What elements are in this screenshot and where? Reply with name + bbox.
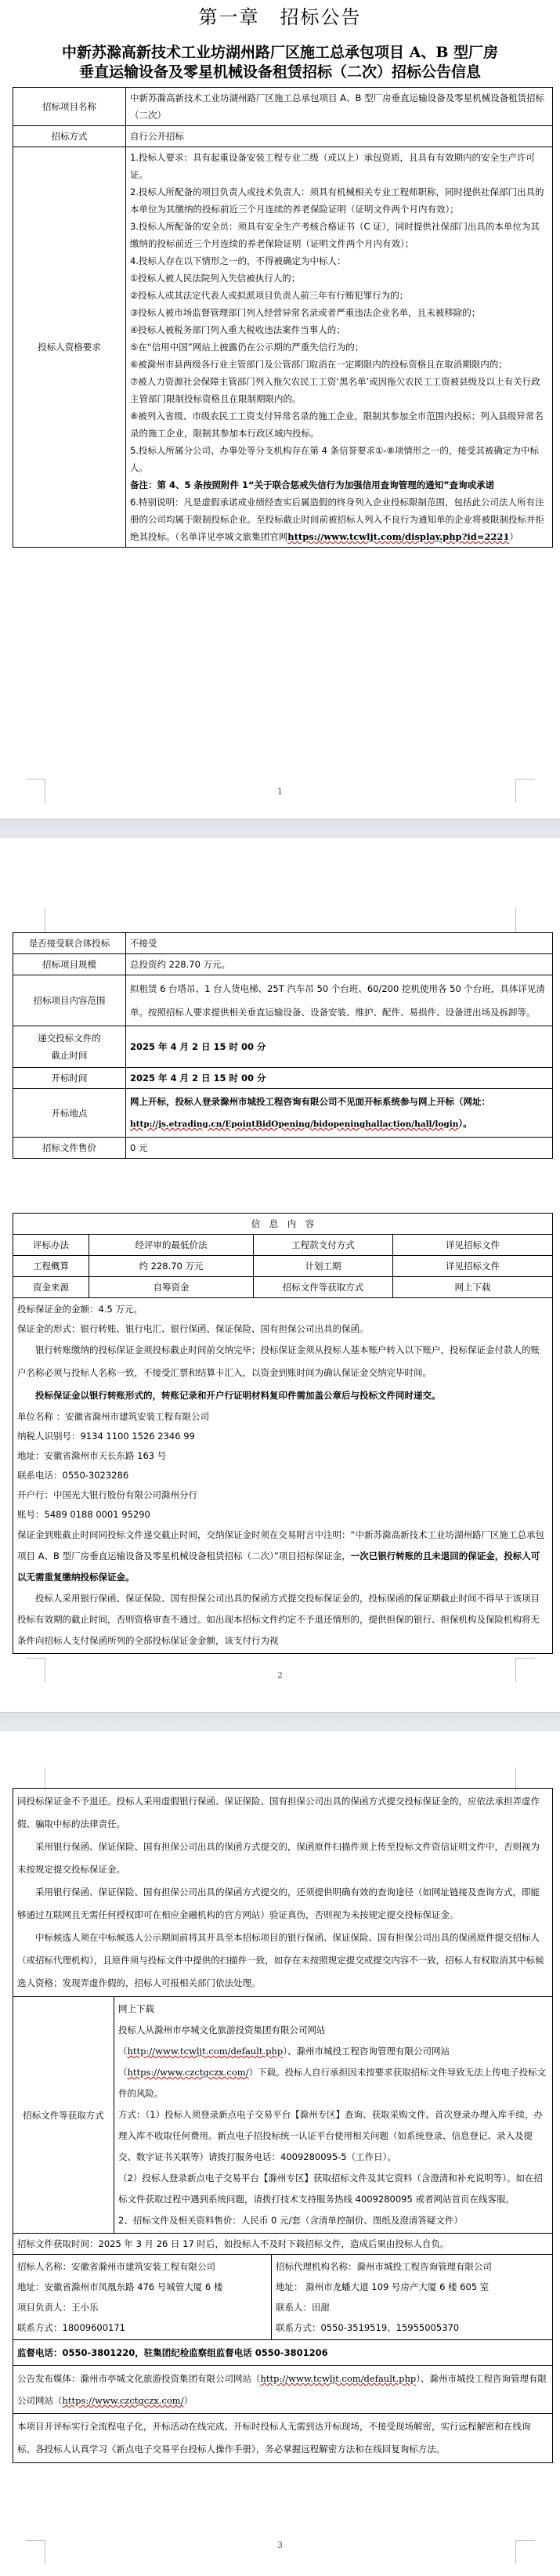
grid-cell: 约 228.70 万元: [89, 1256, 254, 1277]
final-note: 本项目开评标实行全流程电子化，开标活动在线完成。开标时投标人无需到达开标现场，不…: [13, 2414, 553, 2463]
qualification-item: ④投标人被税务部门列入重大税收违法案件当事人的；: [130, 321, 548, 338]
row-label: 投标人资格要求: [13, 147, 126, 548]
table-row: 是否接受联合体投标 不接受: [13, 933, 553, 954]
table-row: 开标地点 网上开标，投标人登录滁州市城投工程咨询有限公司不见面开标系统参与网上开…: [13, 1089, 553, 1138]
agency-address: 地址： 滁州市龙蟠大道 109 号房产大厦 6 楼 605 室: [276, 2277, 548, 2297]
obtain-time-row: 招标文件获取时间：2025 年 3 月 26 日 17 时后，如投标人不及时下载…: [13, 2234, 553, 2255]
grid-cell: 工程概算: [13, 1256, 89, 1277]
info-content-header: 信 息 内 容: [13, 1214, 553, 1235]
paragraph: 中标候选人须在中标候选人公示期间前将其开具至本招标项目的银行保函、保证保险、国有…: [17, 1927, 548, 1995]
paragraph: 采用银行保函、保证保险、国有担保公司出具的保函方式提交的，还须提供明确有效的查询…: [17, 1881, 548, 1927]
blacklist-link[interactable]: https://www.tcwljt.com/display.php?id=22…: [287, 531, 509, 542]
grid-cell: 评标办法: [13, 1235, 89, 1256]
announcement-title-line1: 中新苏滁高新技术工业坊湖州路厂区施工总承包项目 A、B 型厂房: [0, 43, 560, 63]
special-statement: 6.特别说明：凡是虚假承诺或业绩经查实后属造假的终身列入企业投标限制范围，包括此…: [130, 494, 548, 545]
info-content-table: 信 息 内 容 评标办法 经评审的最低价法 工程款支付方式 详见招标文件 工程概…: [13, 1213, 553, 1654]
deposit-forms: 保证金的形式：银行转账、银行电汇、银行保函、保证保险、国有担保公司出具的保函。: [17, 1319, 548, 1339]
announcement-title-line2: 垂直运输设备及零星机械设备租赁招标（二次）招标公告信息: [0, 63, 560, 82]
obtain-time: 招标文件获取时间：2025 年 3 月 26 日 17 时后，如投标人不及时下载…: [13, 2234, 553, 2255]
media-link-1[interactable]: http://www.tcwljt.com/default.php: [261, 2373, 417, 2384]
grid-cell: 计划工期: [254, 1256, 393, 1277]
deposit-amount: 投标保证金的金额：4.5 万元。: [17, 1300, 548, 1319]
deposit-deadline-note: 保证金到账截止时间同投标文件递交截止时间，交纳保证金时须在交易附言中注明：“中新…: [17, 1525, 548, 1588]
account-number: 账号：5489 0188 0001 95290: [17, 1505, 548, 1525]
tenderer-address: 地址：安徽省滁州市凤凰东路 476 号城管大厦 6 楼: [17, 2277, 267, 2297]
download-sources: （http://www.tcwljt.com/default.php）、滁州市城…: [118, 2041, 548, 2104]
agency-name: 招标代理机构名称：滁州市城投工程咨询管理有限公司: [276, 2256, 548, 2277]
row-value: 中新苏滁高新技术工业坊湖州路厂区施工总承包项目 A、B 型厂房垂直运输设备及零星…: [126, 88, 553, 126]
bid-info-table-page3: 同投标保证金不予退还。投标人采用虚假银行保函、保证保险、国有担保公司出具的保函方…: [13, 1788, 553, 2463]
row-label: 开标地点: [13, 1089, 126, 1138]
qualification-list: 1.投标人要求：具有起重设备安装工程专业二级（或以上）承包资质，且具有有效期内的…: [126, 147, 553, 548]
qualification-item: 1.投标人要求：具有起重设备安装工程专业二级（或以上）承包资质，且具有有效期内的…: [130, 149, 548, 183]
bid-info-table-page1: 招标项目名称 中新苏滁高新技术工业坊湖州路厂区施工总承包项目 A、B 型厂房垂直…: [13, 87, 553, 548]
row-label: 招标方式: [13, 126, 126, 147]
page-2: 是否接受联合体投标 不接受 招标项目规模 总投资约 228.70 万元。 招标项…: [0, 838, 560, 1712]
qualification-item: ⑧被列入省级、市级农民工工资支付异常名录的施工企业，限制其参加全市范围内投标；列…: [130, 407, 548, 442]
qualification-item: 5.投标人所属分公司、办事处等分支机构存在第 4 条信誉要求①-⑧项情形之一的，…: [130, 442, 548, 476]
tenderer-contact: 招标人名称：安徽省滁州市建筑安装工程有限公司 地址：安徽省滁州市凤凰东路 476…: [13, 2255, 272, 2340]
page-number: 1: [0, 787, 560, 797]
opening-location: 网上开标，投标人登录滁州市城投工程咨询有限公司不见面开标系统参与网上开标（网址：…: [126, 1089, 553, 1138]
page-number: 2: [0, 1670, 560, 1681]
tenderer-contact-person: 项目负责人：王小乐: [17, 2297, 267, 2317]
page-separator: [0, 1712, 560, 1732]
account-address: 地址：安徽省滁州市天长东路 163 号: [17, 1446, 548, 1466]
grid-cell: 网上下载: [393, 1277, 553, 1298]
download-method-1: 方式：（1）投标人须登录新点电子交易平台【滁州专区】查询、获取采购文件。首次登录…: [118, 2104, 548, 2168]
media-link-2[interactable]: https://www.czctgczx.com/: [63, 2395, 184, 2406]
publication-media: 公告发布媒体：滁州市亭城文化旅游投资集团有限公司网站（http://www.tc…: [13, 2366, 553, 2414]
grid-cell: 招标文件等获取方式: [254, 1277, 393, 1298]
row-label: 招标项目规模: [13, 954, 126, 975]
row-label: 招标项目内容范围: [13, 975, 126, 1026]
download-method-2: （2）投标人登录新点电子交易平台【滁州专区】获取招标文件及其它资料（含澄清和补充…: [118, 2168, 548, 2210]
qualification-item: ①投标人被人民法院列入失信被执行人的；: [130, 270, 548, 287]
row-value: 0 元: [126, 1138, 553, 1159]
supervision-phone: 监督电话：0550-3801220，驻集团纪检监察组监督电话 0550-3801…: [13, 2340, 553, 2366]
deposit-bold-notice: 投标保证金以银行转账形式的，转账记录和开户行证明材料复印件需加盖公章后与投标文件…: [17, 1384, 548, 1407]
table-row: 招标项目名称 中新苏滁高新技术工业坊湖州路厂区施工总承包项目 A、B 型厂房垂直…: [13, 88, 553, 126]
agency-contact-person: 联系人：田甜: [276, 2297, 548, 2317]
grid-cell: 资金来源: [13, 1277, 89, 1298]
contacts-row: 招标人名称：安徽省滁州市建筑安装工程有限公司 地址：安徽省滁州市凤凰东路 476…: [13, 2255, 553, 2340]
guarantee-text: 投标人采用银行保函、保证保险、国有担保公司出具的保函方式提交投标保证金的，投标保…: [17, 1588, 548, 1652]
page-corner-mark: [26, 908, 45, 932]
download-line: 投标人从滁州市亭城文化旅游投资集团有限公司网站: [118, 2020, 548, 2041]
table-row: 资金来源 自筹资金 招标文件等获取方式 网上下载: [13, 1277, 553, 1298]
table-row: 递交投标文件的截止时间 2025 年 4 月 2 日 15 时 00 分: [13, 1026, 553, 1068]
table-row: 招标项目规模 总投资约 228.70 万元。: [13, 954, 553, 975]
row-label: 招标文件等获取方式: [13, 1997, 114, 2234]
table-row: 招标方式 自行公开招标: [13, 126, 553, 147]
supervision-row: 监督电话：0550-3801220，驻集团纪检监察组监督电话 0550-3801…: [13, 2340, 553, 2366]
deposit-transfer-rule: 银行转账缴纳的投标保证金须投标截止时间前交纳完毕；投标保证金须从投标人基本账户转…: [17, 1339, 548, 1384]
agency-contact: 招标代理机构名称：滁州市城投工程咨询管理有限公司 地址： 滁州市龙蟠大道 109…: [272, 2255, 553, 2340]
grid-cell: 工程款支付方式: [254, 1235, 393, 1256]
row-value: 不接受: [126, 933, 553, 954]
paragraph: 采用银行保函、保证保险、国有担保公司出具的保函方式提交的，保函原件扫描件须上传至…: [17, 1836, 548, 1881]
submission-deadline: 2025 年 4 月 2 日 15 时 00 分: [126, 1026, 553, 1068]
media-end: ）: [184, 2395, 193, 2406]
announcement-title: 中新苏滁高新技术工业坊湖州路厂区施工总承包项目 A、B 型厂房 垂直运输设备及零…: [0, 43, 560, 82]
grid-cell: 详见招标文件: [393, 1235, 553, 1256]
continuation-row: 同投标保证金不予退还。投标人采用虚假银行保函、保证保险、国有担保公司出具的保函方…: [13, 1789, 553, 1997]
opening-location-text: 网上开标，投标人登录滁州市城投工程咨询有限公司不见面开标系统参与网上开标（网址：: [130, 1096, 490, 1107]
download-line: 网上下载: [118, 1999, 548, 2020]
bid-opening-link[interactable]: http://js.etrading.cn/EpointBidOpening/b…: [130, 1120, 458, 1129]
table-row: 招标文件售价 0 元: [13, 1138, 553, 1159]
special-statement-end: ）: [509, 531, 518, 542]
page-3: 同投标保证金不予退还。投标人采用虚假银行保函、保证保险、国有担保公司出具的保函方…: [0, 1731, 560, 2576]
grid-cell: 经评审的最低价法: [89, 1235, 254, 1256]
deposit-row: 投标保证金的金额：4.5 万元。 保证金的形式：银行转账、银行电汇、银行保函、保…: [13, 1298, 553, 1654]
table-row: 招标项目内容范围 拟租赁 6 台塔吊、1 台人货电梯、25T 汽车吊 50 个台…: [13, 975, 553, 1026]
bid-info-table-page2: 是否接受联合体投标 不接受 招标项目规模 总投资约 228.70 万元。 招标项…: [13, 932, 553, 1159]
row-label: 是否接受联合体投标: [13, 933, 126, 954]
page-corner-mark: [515, 908, 535, 932]
row-label: 招标文件售价: [13, 1138, 126, 1159]
media-text: 公告发布媒体：滁州市亭城文化旅游投资集团有限公司网站（: [17, 2373, 261, 2384]
download-mid-text: 、滁州市城投工程咨询管理有限公司网站: [287, 2046, 450, 2057]
qualification-item: 4.投标人存在以下情形之一的，不得被确定为中标人：: [130, 252, 548, 270]
final-note-row: 本项目开评标实行全流程电子化，开标活动在线完成。开标时投标人无需到达开标现场，不…: [13, 2414, 553, 2463]
page-1: 第一章 招标公告 中新苏滁高新技术工业坊湖州路厂区施工总承包项目 A、B 型厂房…: [0, 0, 560, 819]
qualification-item: ⑦被人力资源社会保障主管部门列入拖欠农民工工资‘黑名单’或因拖欠农民工工资被县级…: [130, 373, 548, 407]
account-bank: 开户行：中国光大银行股份有限公司滁州分行: [17, 1485, 548, 1505]
table-row: 开标时间 2025 年 4 月 2 日 15 时 00 分: [13, 1068, 553, 1089]
page-number: 3: [0, 2540, 560, 2550]
account-phone: 联系电话：0550-3023286: [17, 1466, 548, 1485]
download-details: 网上下载 投标人从滁州市亭城文化旅游投资集团有限公司网站 （http://www…: [114, 1997, 553, 2234]
media-row: 公告发布媒体：滁州市亭城文化旅游投资集团有限公司网站（http://www.tc…: [13, 2366, 553, 2414]
qualification-item: ③投标人被市场监督管理部门列入经营异常名录或者严重违法企业名单，且未被移除的；: [130, 304, 548, 321]
row-label: 开标时间: [13, 1068, 126, 1089]
paragraph: 同投标保证金不予退还。投标人采用虚假银行保函、保证保险、国有担保公司出具的保函方…: [17, 1790, 548, 1836]
qualification-note: 备注：第 4、5 条按照附件 1“关于联合惩戒失信行为加强信用查询管理的通知”查…: [130, 476, 548, 494]
row-value: 总投资约 228.70 万元。: [126, 954, 553, 975]
opening-time: 2025 年 4 月 2 日 15 时 00 分: [126, 1068, 553, 1089]
qualification-item: ⑤在“信用中国”网站上披露仍在公示期的严重失信行为的；: [130, 338, 548, 356]
account-unit-name: 单位名称 ：安徽省滁州市建筑安装工程有限公司: [17, 1407, 548, 1427]
tcwljt-link[interactable]: http://www.tcwljt.com/default.php: [128, 2046, 284, 2057]
grid-cell: 自筹资金: [89, 1277, 254, 1298]
qualification-item: 3.投标人所配备的安全员：须具有安全生产考核合格证书（C 证），同时提供社保部门…: [130, 218, 548, 252]
grid-cell: 详见招标文件: [393, 1256, 553, 1277]
row-label: 递交投标文件的截止时间: [13, 1026, 126, 1068]
guarantee-continuation: 同投标保证金不予退还。投标人采用虚假银行保函、保证保险、国有担保公司出具的保函方…: [13, 1789, 553, 1997]
page-separator: [0, 819, 560, 839]
qualification-item: ②投标人或其法定代表人或拟派项目负责人前三年有行贿犯罪行为的；: [130, 287, 548, 304]
deposit-section: 投标保证金的金额：4.5 万元。 保证金的形式：银行转账、银行电汇、银行保函、保…: [13, 1298, 553, 1654]
qualification-item: 2.投标人所配备的项目负责人或技术负责人：须具有机械相关专业工程师职称，同时提供…: [130, 183, 548, 218]
row-label: 招标项目名称: [13, 88, 126, 126]
table-row: 评标办法 经评审的最低价法 工程款支付方式 详见招标文件: [13, 1235, 553, 1256]
table-row: 工程概算 约 228.70 万元 计划工期 详见招标文件: [13, 1256, 553, 1277]
download-price: 2、招标文件及相关资料售价：人民币 0 元/套（含清单控制价、图纸及澄清答疑文件…: [118, 2210, 548, 2231]
tenderer-name: 招标人名称：安徽省滁州市建筑安装工程有限公司: [17, 2256, 267, 2277]
chapter-title: 第一章 招标公告: [0, 2, 560, 29]
download-row: 招标文件等获取方式 网上下载 投标人从滁州市亭城文化旅游投资集团有限公司网站 （…: [13, 1997, 553, 2234]
info-header-row: 信 息 内 容: [13, 1214, 553, 1235]
table-row-qualification: 投标人资格要求 1.投标人要求：具有起重设备安装工程专业二级（或以上）承包资质，…: [13, 147, 553, 548]
qualification-item: ⑥被滁州市县两级各行业主管部门及公管部门取消在一定期限内的投标资格且在取消期限内…: [130, 356, 548, 373]
czctgczx-link[interactable]: https://www.czctgczx.com/: [128, 2067, 249, 2078]
row-value: 自行公开招标: [126, 126, 553, 147]
agency-phone: 联系方式：0550-3519519、15955005370: [276, 2317, 548, 2338]
tenderer-phone: 联系方式：18009600171: [17, 2317, 267, 2338]
opening-location-end: ）。: [458, 1118, 471, 1129]
row-value: 拟租赁 6 台塔吊、1 台人货电梯、25T 汽车吊 50 个台班、60/200 …: [126, 975, 553, 1026]
account-tax-id: 纳税人识别号：9134 1100 1526 2346 99: [17, 1427, 548, 1446]
